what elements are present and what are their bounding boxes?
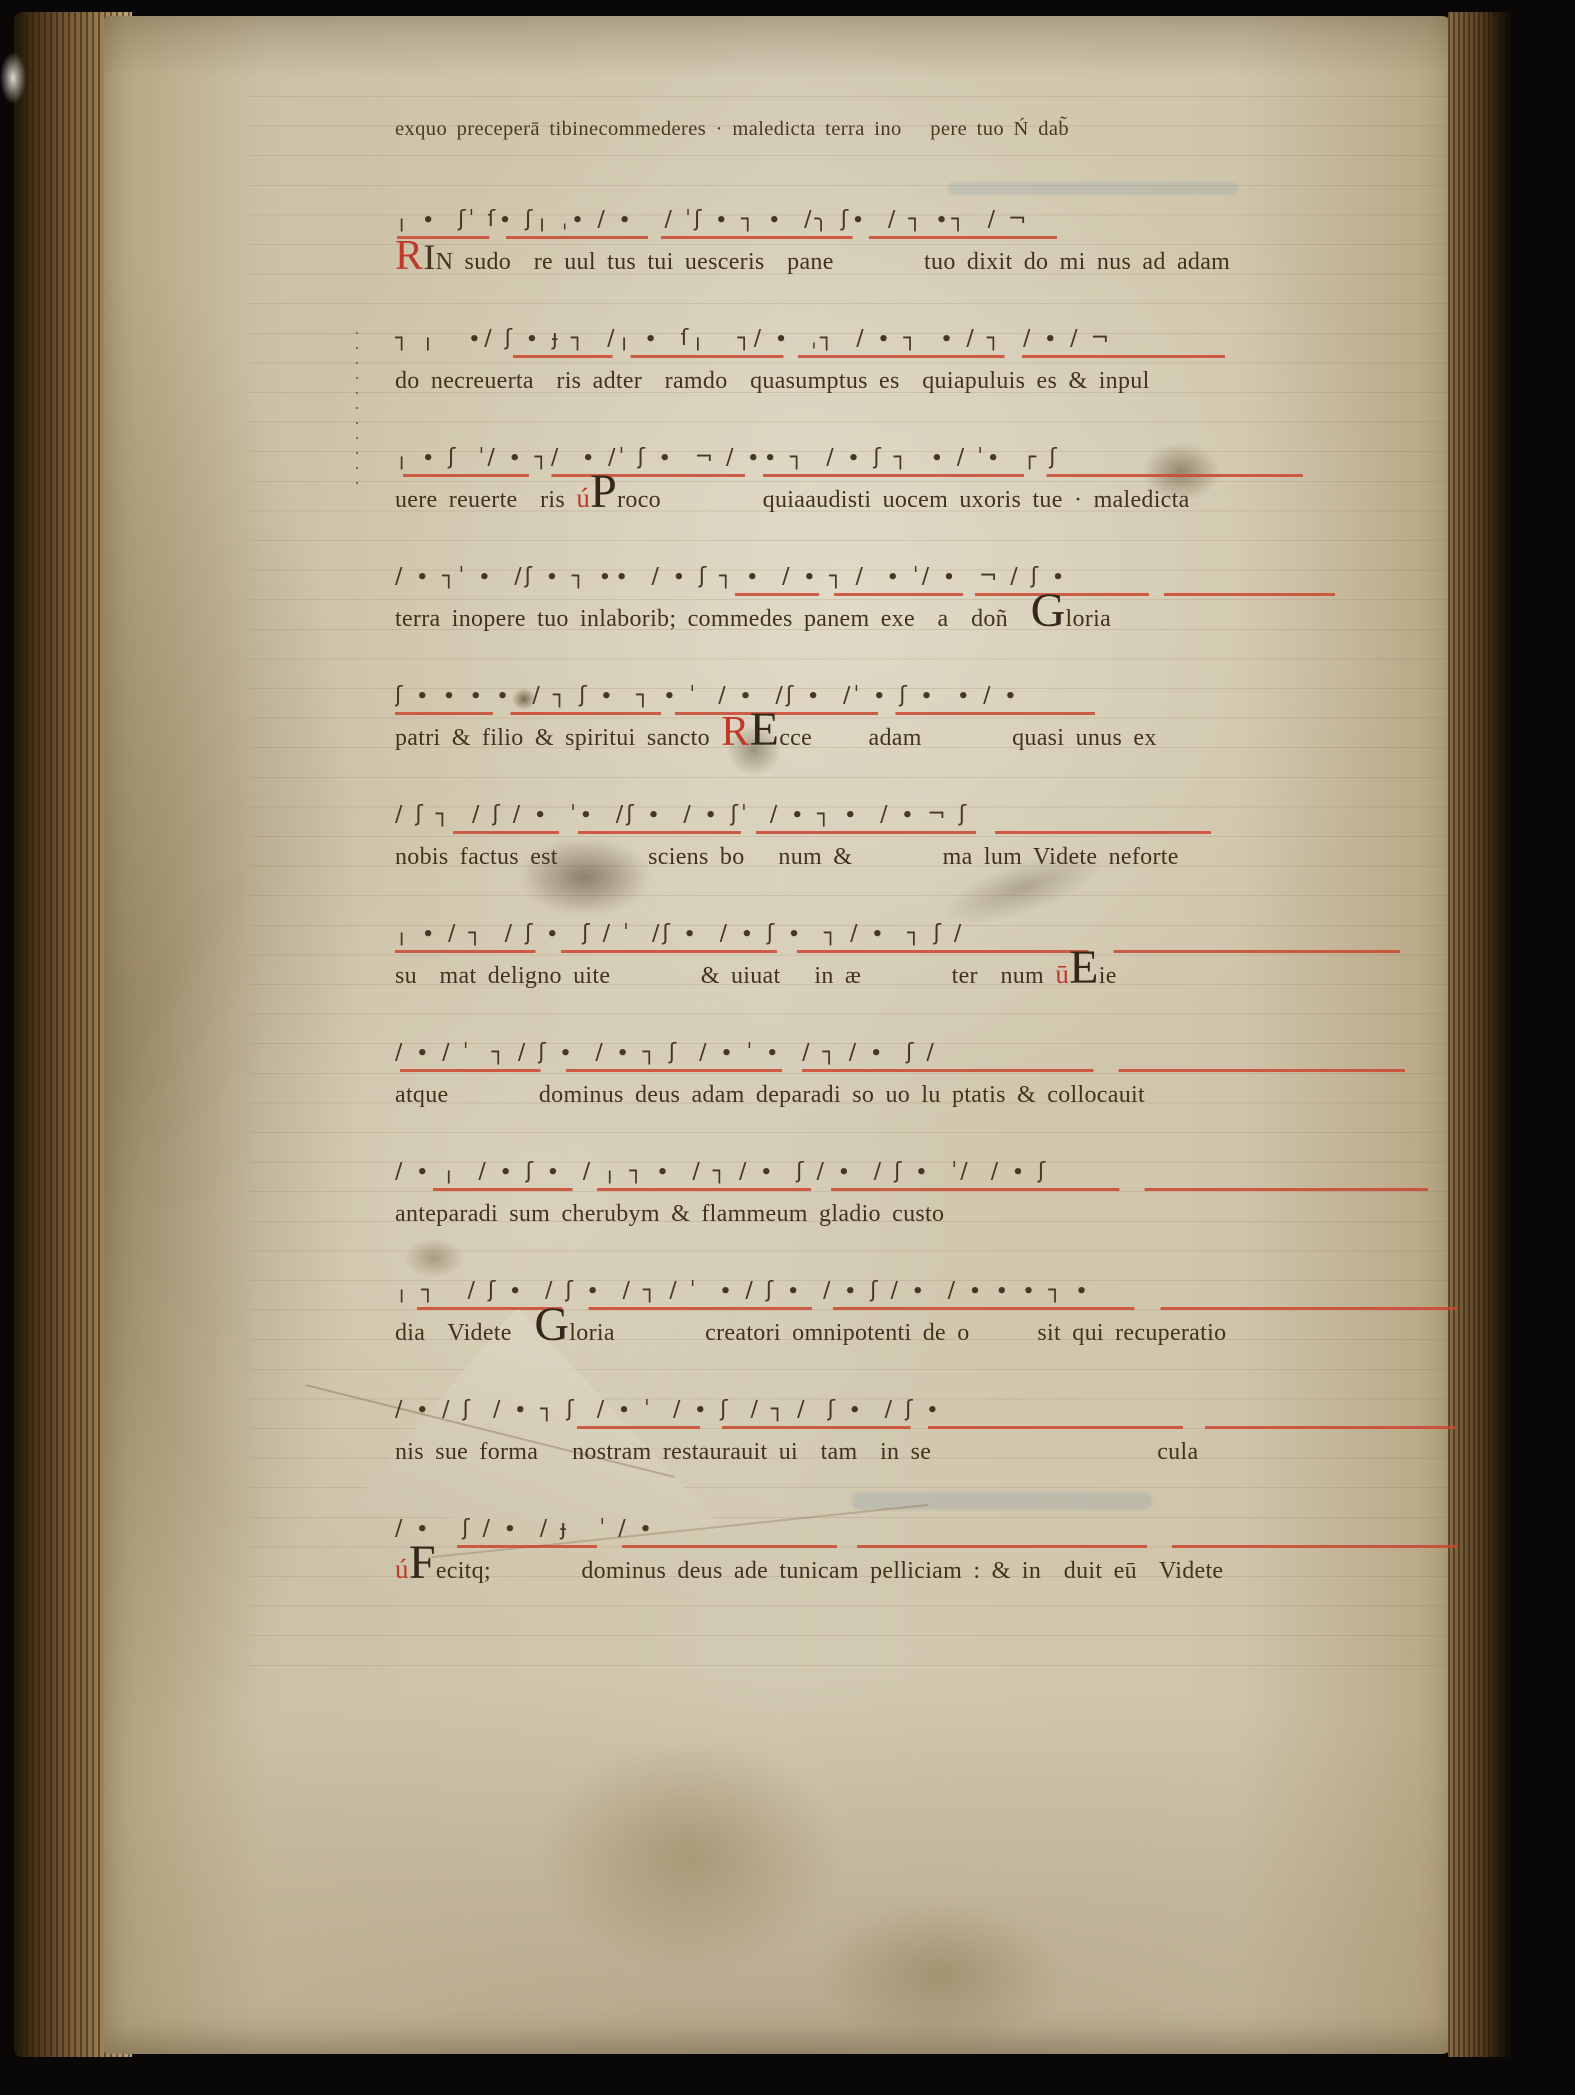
staff-line-red (577, 1426, 1455, 1429)
chant-text-line: nis sue forma nostram restaurauit ui tam… (395, 1432, 1470, 1475)
chant-system: ∕ ∙ ∕ ʃ ∕ ∙ ┐ ʃ ∕ ∙ ˈ ∕ ∙ ʃ ∕ ┐ ∕ ʃ ∙ ∕ … (395, 1356, 1470, 1475)
decorated-initial: P (590, 465, 617, 518)
manuscript-photo: { "colors": { "parchment": "#c9bea4", "i… (0, 0, 1575, 2095)
chant-system: ╷ ∙ ʃˈ ſ∙ ʃ╷ ˌ∙ ∕ ∙ ∕ ˈʃ ∙ ┐ ∙ ∕╮ ʃ∙ ∕ ┐… (395, 166, 1470, 285)
staff-line-red (397, 236, 1057, 239)
neume-row: ╷ ∙ ʃˈ ſ∙ ʃ╷ ˌ∙ ∕ ∙ ∕ ˈʃ ∙ ┐ ∙ ∕╮ ʃ∙ ∕ ┐… (395, 166, 1470, 232)
chant-system: ∕ ∙ ╷ ∕ ∙ ʃ ∙ ∕ ╷ ┐ ∙ ∕ ┐ ∕ ∙ ʃ ∕ ∙ ∕ ʃ … (395, 1118, 1470, 1237)
chant-system: ∕ ∙ ʃ ∕ ∙ ∕ ɟ ˈ ∕ ∙ úFecitq; dominus deu… (395, 1475, 1470, 1594)
chant-text-line: uere reuerte ris úProco quiaaudisti uoce… (395, 480, 1470, 523)
chant-system: ∕ ʃ ┐ ∕ ʃ ∕ ∙ ˈ∙ ∕ʃ ∙ ∕ ∙ ʃˈ ∕ ∙ ┐ ∙ ∕ ∙… (395, 761, 1470, 880)
neume-row: ʃ ∙ ∙ ∙ ∙ ∕ ┐ ʃ ∙ ┐ ∙ ˈ ∕ ∙ ∕ʃ ∙ ∕ˈ ∙ ʃ … (395, 642, 1470, 708)
chant-text: su mat deligno uite & uiuat in æ ter num (395, 963, 1055, 989)
decorated-initial: E (1069, 941, 1099, 994)
chant-systems: ╷ ∙ ʃˈ ſ∙ ʃ╷ ˌ∙ ∕ ∙ ∕ ˈʃ ∙ ┐ ∙ ∕╮ ʃ∙ ∕ ┐… (395, 166, 1470, 1594)
chant-text: roco quiaaudisti uocem uxoris tue · male… (617, 487, 1189, 513)
chant-text-line: do necreuerta ris adter ramdo quasumptus… (395, 361, 1470, 404)
chant-text-line: nobis factus est sciens bo num & ma lum … (395, 837, 1470, 880)
decorated-initial: E (750, 703, 780, 756)
chant-text-line: patri & filio & spiritui sancto REcce ad… (395, 718, 1470, 761)
decorated-initial: F (409, 1536, 436, 1589)
chant-system: ∕ ∙ ∕ ˈ ┐ ∕ ʃ ∙ ∕ ∙ ┐ ʃ ∕ ∙ ˈ ∙ ∕ ┐ ∕ ∙ … (395, 999, 1470, 1118)
chant-text: do necreuerta ris adter ramdo quasumptus… (395, 368, 1150, 394)
chant-system: ╷ ∙ ʃ ˈ∕ ∙ ┐∕ ∙ ∕ˈ ʃ ∙ ¬ ∕ ∙∙ ┐ ∕ ∙ ʃ ┐ … (395, 404, 1470, 523)
decorated-initial: R (721, 709, 749, 755)
decorated-initial: G (534, 1298, 569, 1351)
header-text-line: exquo preceperā tibinecommederes · maled… (395, 118, 1470, 166)
neume-row: ∕ ʃ ┐ ∕ ʃ ∕ ∙ ˈ∙ ∕ʃ ∙ ∕ ∙ ʃˈ ∕ ∙ ┐ ∙ ∕ ∙… (395, 761, 1470, 827)
chant-text: atque dominus deus adam deparadi so uo l… (395, 1082, 1145, 1108)
pricking-dots (356, 332, 358, 492)
chant-text-line: RIN sudo re uul tus tui uesceris pane tu… (395, 242, 1470, 285)
chant-text-line: terra inopere tuo inlaborib; commedes pa… (395, 599, 1470, 642)
chant-text: nis sue forma nostram restaurauit ui tam… (395, 1439, 1198, 1465)
chant-content: exquo preceperā tibinecommederes · maled… (395, 118, 1470, 1594)
chant-system: ∕ ∙ ┐ˈ ∙ ∕ʃ ∙ ┐ ∙∙ ∕ ∙ ʃ ┐ ∙ ∕ ∙ ┐ ∕ ∙ ˈ… (395, 523, 1470, 642)
staff-line-red (403, 474, 1303, 477)
decorated-initial: ú (395, 1554, 409, 1584)
chant-text: ecitq; dominus deus ade tunicam pellicia… (436, 1558, 1224, 1584)
chant-text: dia Videte (395, 1320, 534, 1346)
neume-row: ╷ ∙ ∕ ┐ ∕ ʃ ∙ ʃ ∕ ˈ ∕ʃ ∙ ∕ ∙ ʃ ∙ ┐ ∕ ∙ ┐… (395, 880, 1470, 946)
chant-text-line: anteparadi sum cherubym & flammeum gladi… (395, 1194, 1470, 1237)
neume-row: ∕ ∙ ┐ˈ ∙ ∕ʃ ∙ ┐ ∙∙ ∕ ∙ ʃ ┐ ∙ ∕ ∙ ┐ ∕ ∙ ˈ… (395, 523, 1470, 589)
chant-text-line: úFecitq; dominus deus ade tunicam pellic… (395, 1551, 1470, 1594)
chant-system: ʃ ∙ ∙ ∙ ∙ ∕ ┐ ʃ ∙ ┐ ∙ ˈ ∕ ∙ ∕ʃ ∙ ∕ˈ ∙ ʃ … (395, 642, 1470, 761)
decorated-initial: ú (576, 483, 590, 513)
decorated-initial: ū (1055, 959, 1069, 989)
chant-text-line: dia Videte Gloria creatori omnipotenti d… (395, 1313, 1470, 1356)
decorated-initial: G (1031, 584, 1066, 637)
chant-text: loria (1066, 606, 1111, 632)
staff-line-red (400, 1069, 1405, 1072)
chant-system: ╷ ┐ ∕ ʃ ∙ ∕ ʃ ∙ ∕ ┐ ∕ ˈ ∙ ∕ ʃ ∙ ∕ ∙ ʃ ∕ … (395, 1237, 1470, 1356)
staff-line-red (433, 1188, 1428, 1191)
decorated-initial: R (395, 233, 423, 279)
staff-line-red (453, 831, 1211, 834)
chant-text: patri & filio & spiritui sancto (395, 725, 721, 751)
chant-text: uere reuerte ris (395, 487, 576, 513)
staff-line-red (513, 355, 1225, 358)
staff-line-red (395, 950, 1400, 953)
neume-row: ┐ ╷ ∙∕ ʃ ∙ ɟ ┐ ∕╷ ∙ ſ╷ ┐∕ ∙ ˌ┐ ∕ ∙ ┐ ∙ ∕… (395, 285, 1470, 351)
chant-text: ie (1099, 963, 1117, 989)
chant-system: ┐ ╷ ∙∕ ʃ ∙ ɟ ┐ ∕╷ ∙ ſ╷ ┐∕ ∙ ˌ┐ ∕ ∙ ┐ ∙ ∕… (395, 285, 1470, 404)
chant-text-line: atque dominus deus adam deparadi so uo l… (395, 1075, 1470, 1118)
chant-text-line: su mat deligno uite & uiuat in æ ter num… (395, 956, 1470, 999)
neume-row: ∕ ∙ ∕ ʃ ∕ ∙ ┐ ʃ ∕ ∙ ˈ ∕ ∙ ʃ ∕ ┐ ∕ ʃ ∙ ∕ … (395, 1356, 1470, 1422)
chant-text: nobis factus est sciens bo num & ma lum … (395, 844, 1179, 870)
neume-row: ∕ ∙ ʃ ∕ ∙ ∕ ɟ ˈ ∕ ∙ (395, 1475, 1470, 1541)
chant-system: ╷ ∙ ∕ ┐ ∕ ʃ ∙ ʃ ∕ ˈ ∕ʃ ∙ ∕ ∙ ʃ ∙ ┐ ∕ ∙ ┐… (395, 880, 1470, 999)
frayed-paper-edge (0, 52, 26, 104)
chant-text: loria creatori omnipotenti de o sit qui … (569, 1320, 1226, 1346)
neume-row: ╷ ┐ ∕ ʃ ∙ ∕ ʃ ∙ ∕ ┐ ∕ ˈ ∙ ∕ ʃ ∙ ∕ ∙ ʃ ∕ … (395, 1237, 1470, 1303)
chant-text: N sudo re uul tus tui uesceris pane tuo … (436, 249, 1231, 275)
neume-row: ∕ ∙ ∕ ˈ ┐ ∕ ʃ ∙ ∕ ∙ ┐ ʃ ∕ ∙ ˈ ∙ ∕ ┐ ∕ ∙ … (395, 999, 1470, 1065)
staff-line-red (417, 1307, 1457, 1310)
neume-row: ∕ ∙ ╷ ∕ ∙ ʃ ∙ ∕ ╷ ┐ ∙ ∕ ┐ ∕ ∙ ʃ ∕ ∙ ∕ ʃ … (395, 1118, 1470, 1184)
chant-text: terra inopere tuo inlaborib; commedes pa… (395, 606, 1031, 632)
staff-line-red (457, 1545, 1457, 1548)
neume-row: ╷ ∙ ʃ ˈ∕ ∙ ┐∕ ∙ ∕ˈ ʃ ∙ ¬ ∕ ∙∙ ┐ ∕ ∙ ʃ ┐ … (395, 404, 1470, 470)
chant-text: cce adam quasi unus ex (779, 725, 1156, 751)
decorated-initial: I (423, 237, 435, 277)
chant-text: anteparadi sum cherubym & flammeum gladi… (395, 1201, 944, 1227)
